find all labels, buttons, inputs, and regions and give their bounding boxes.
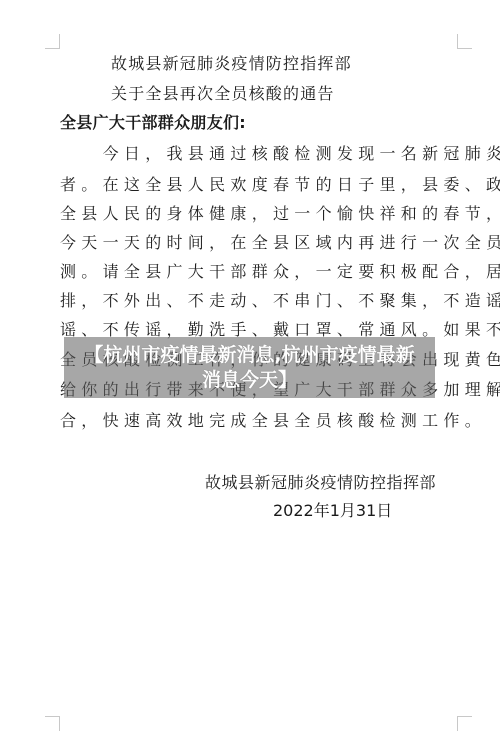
caption-overlay-banner: 【杭州市疫情最新消息,杭州市疫情最新消息今天】 — [64, 337, 435, 398]
body-line: 测。请全县广大干部群众，一定要积极配合，居家听从安 — [60, 263, 456, 281]
document-title: 关于全县再次全员核酸的通告 — [111, 85, 335, 103]
document-issuer: 故城县新冠肺炎疫情防控指挥部 — [111, 55, 352, 73]
document-date: 2022年1月31日 — [273, 502, 392, 520]
page-corner-mark-top-right — [457, 34, 472, 49]
body-line: 今天一天的时间，在全县区域内再进行一次全员核酸检 — [60, 234, 456, 252]
body-line: 者。在这全县人民欢度春节的日子里，县委、政府为保证 — [60, 176, 456, 194]
signature: 故城县新冠肺炎疫情防控指挥部 — [205, 474, 436, 492]
page-corner-mark-bottom-right — [457, 716, 472, 731]
body-line: 今日，我县通过核酸检测发现一名新冠肺炎严重患 — [60, 145, 456, 163]
body-line: 排，不外出、不走动、不串门、不聚集，不造谣、不信 — [60, 292, 456, 310]
page-corner-mark-bottom-left — [45, 716, 60, 731]
page-corner-mark-top-left — [45, 34, 60, 49]
body-line: 全县人民的身体健康，过一个愉快祥和的春节，决定利用 — [60, 205, 456, 223]
caption-overlay-text: 【杭州市疫情最新消息,杭州市疫情最新消息今天】 — [80, 343, 420, 393]
body-line: 合，快速高效地完成全县全员核酸检测工作。 — [60, 412, 456, 430]
salutation: 全县广大干部群众朋友们: — [60, 114, 246, 132]
